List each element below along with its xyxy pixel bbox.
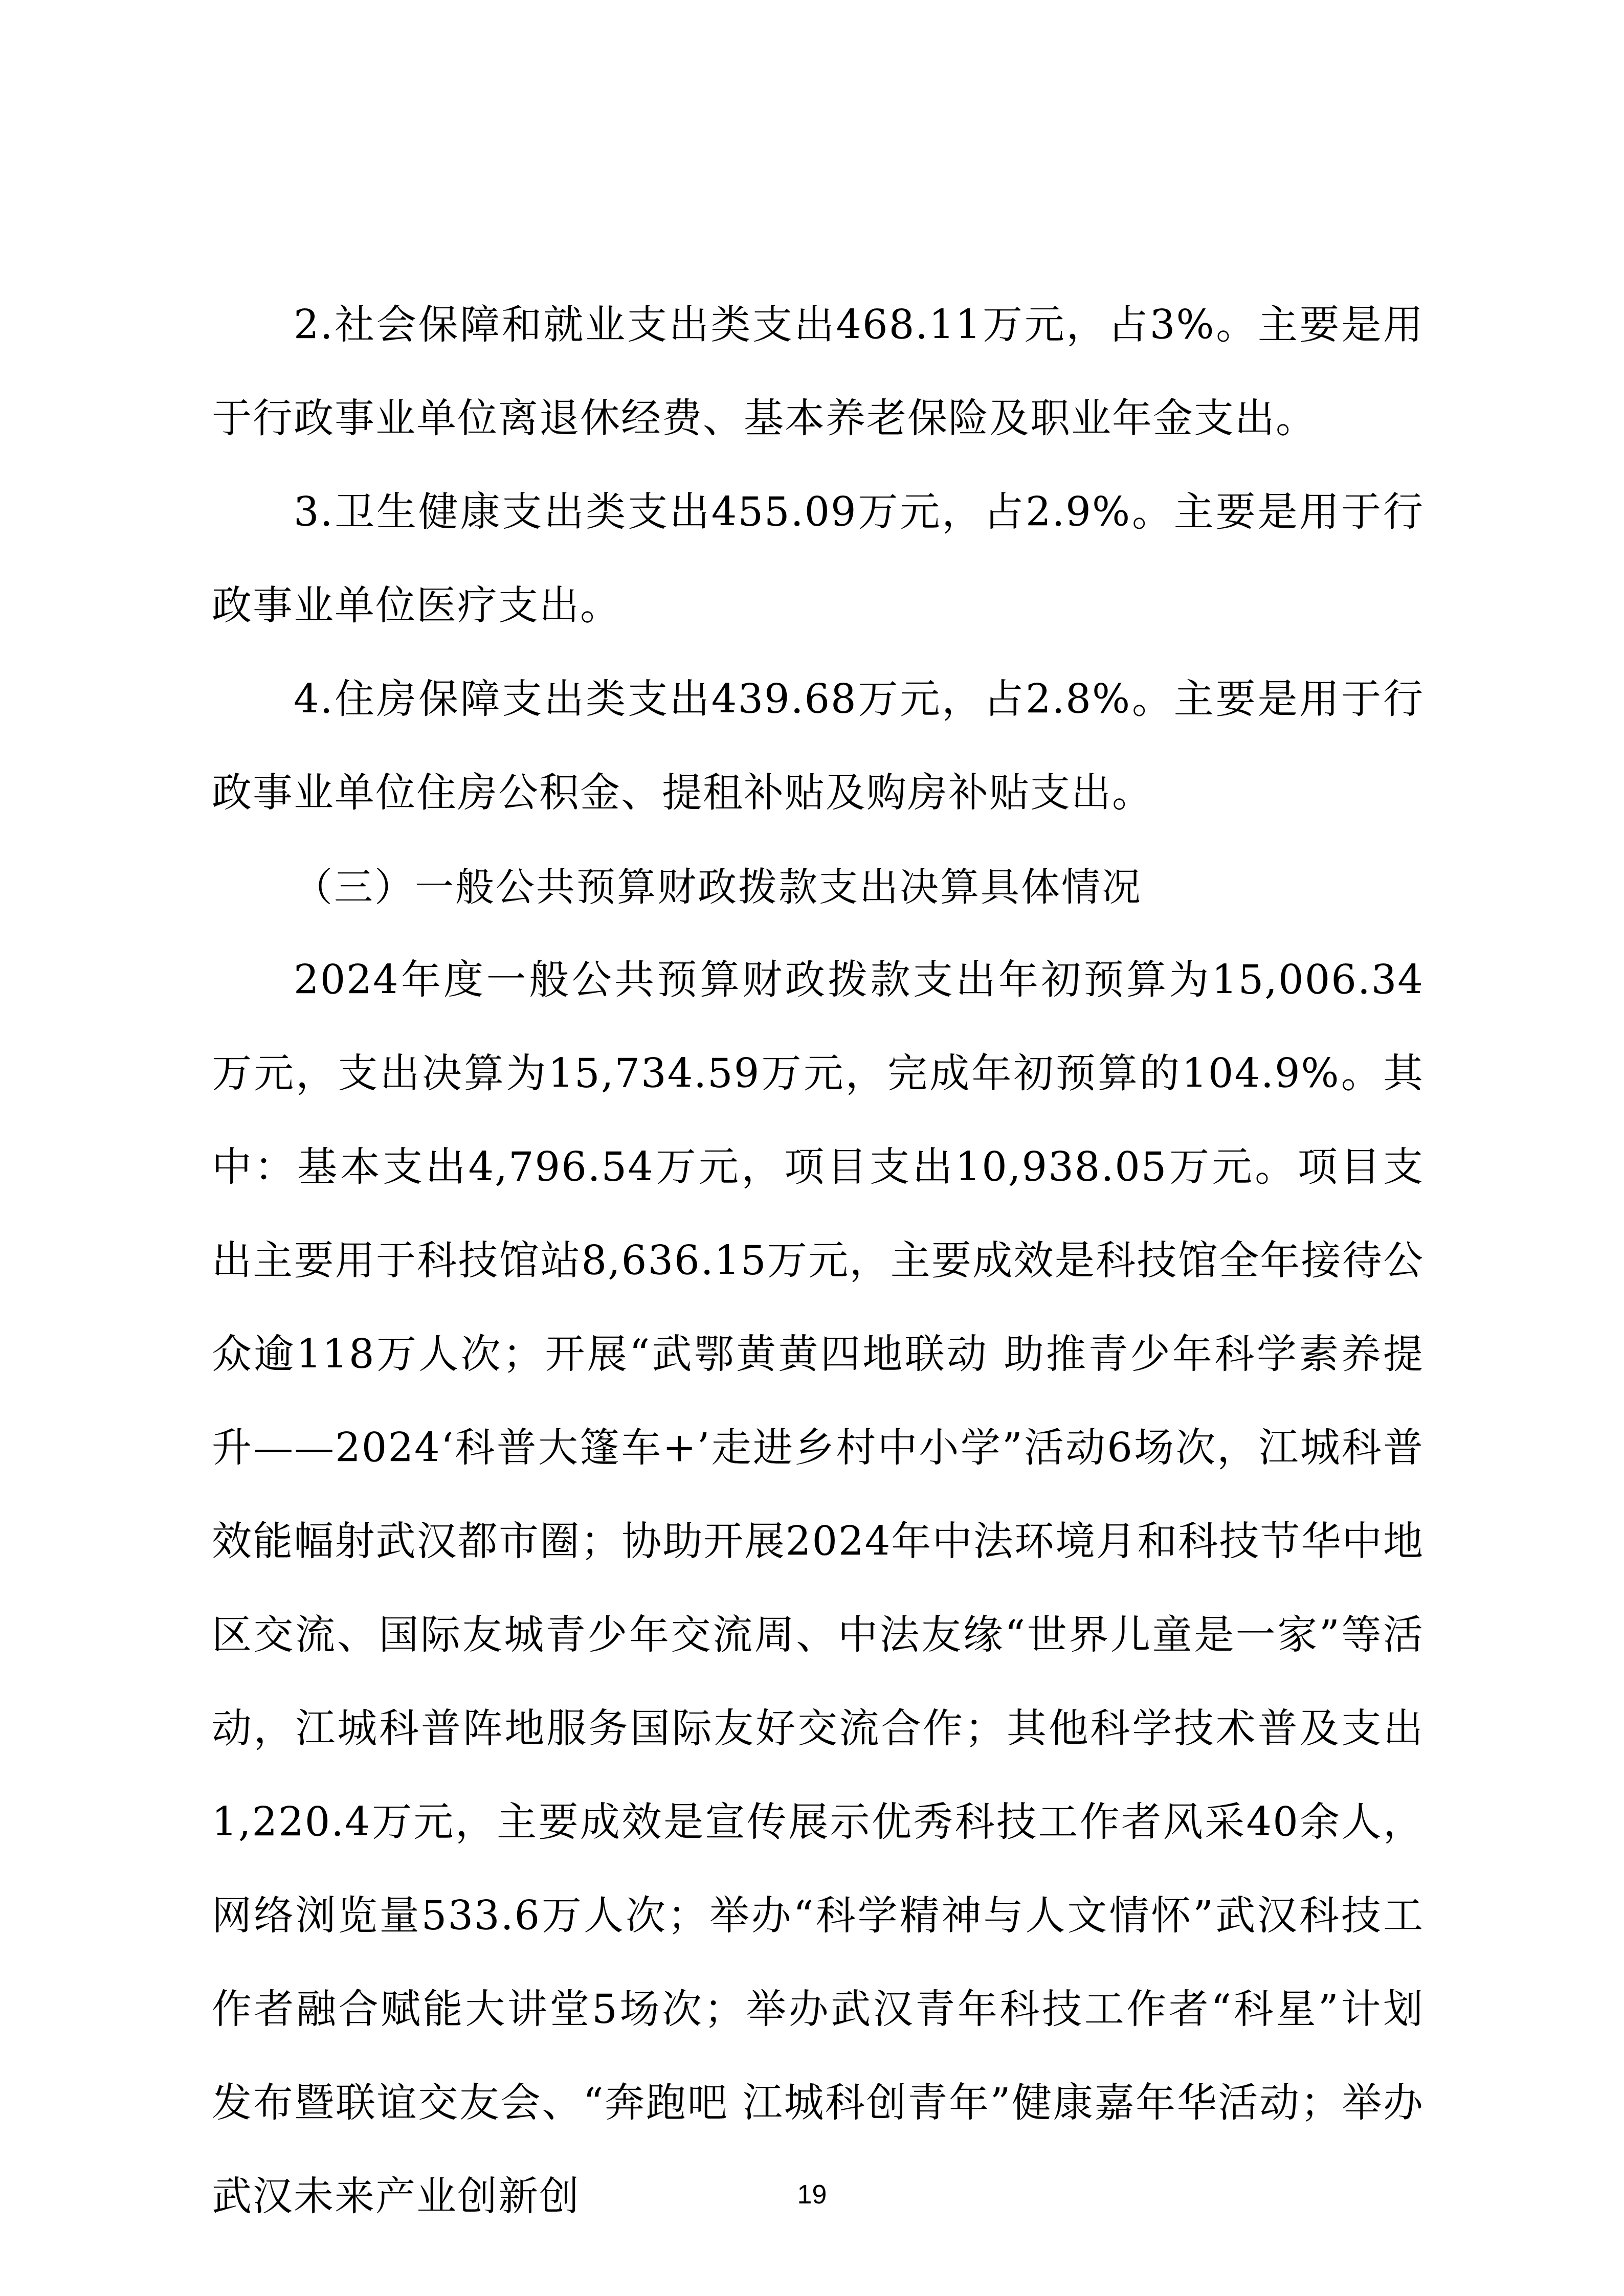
paragraph-housing: 4.住房保障支出类支出439.68万元，占2.8%。主要是用于行政事业单位住房公… <box>212 653 1424 840</box>
paragraph-budget-details: 2024年度一般公共预算财政拨款支出年初预算为15,006.34万元，支出决算为… <box>212 934 1424 2244</box>
paragraph-social-security: 2.社会保障和就业支出类支出468.11万元，占3%。主要是用于行政事业单位离退… <box>212 279 1424 466</box>
document-page: 2.社会保障和就业支出类支出468.11万元，占3%。主要是用于行政事业单位离退… <box>212 279 1424 2244</box>
section-heading: （三）一般公共预算财政拨款支出决算具体情况 <box>212 840 1424 934</box>
paragraph-health: 3.卫生健康支出类支出455.09万元，占2.9%。主要是用于行政事业单位医疗支… <box>212 466 1424 653</box>
page-number: 19 <box>0 2179 1624 2210</box>
